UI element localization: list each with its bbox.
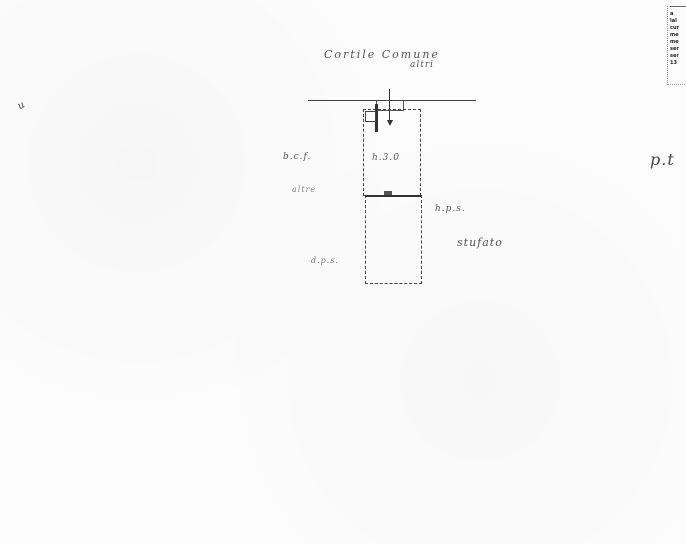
room-lower [365, 195, 422, 284]
margin-mark-right: p.t [650, 150, 675, 169]
stamp-border [670, 6, 686, 7]
label-left-middle: altre [292, 185, 316, 194]
small-room-marker [365, 111, 376, 122]
label-left-lower: d.p.s. [311, 256, 339, 265]
label-right-lower: stufato [457, 236, 503, 249]
stamp-fragment: a lal cur me me ser ser 13 [667, 6, 686, 85]
stamp-line: lal [670, 18, 686, 25]
stamp-line: a [670, 11, 686, 18]
stamp-line: ser [670, 53, 686, 60]
stamp-line: me [670, 39, 686, 46]
label-right-upper: h.p.s. [435, 204, 466, 214]
label-left-upper: b.c.f. [283, 152, 311, 162]
stamp-line: me [670, 32, 686, 39]
stamp-line: cur [670, 25, 686, 32]
label-room-upper: h.3.0 [372, 153, 400, 163]
margin-mark-left: u [16, 99, 28, 112]
stamp-line: ser [670, 46, 686, 53]
scanned-page: Cortile Comune altri b.c.f. altre h.3.0 … [0, 0, 686, 544]
plan-subtitle: altri [410, 60, 434, 70]
stamp-line: 13 [670, 60, 686, 67]
